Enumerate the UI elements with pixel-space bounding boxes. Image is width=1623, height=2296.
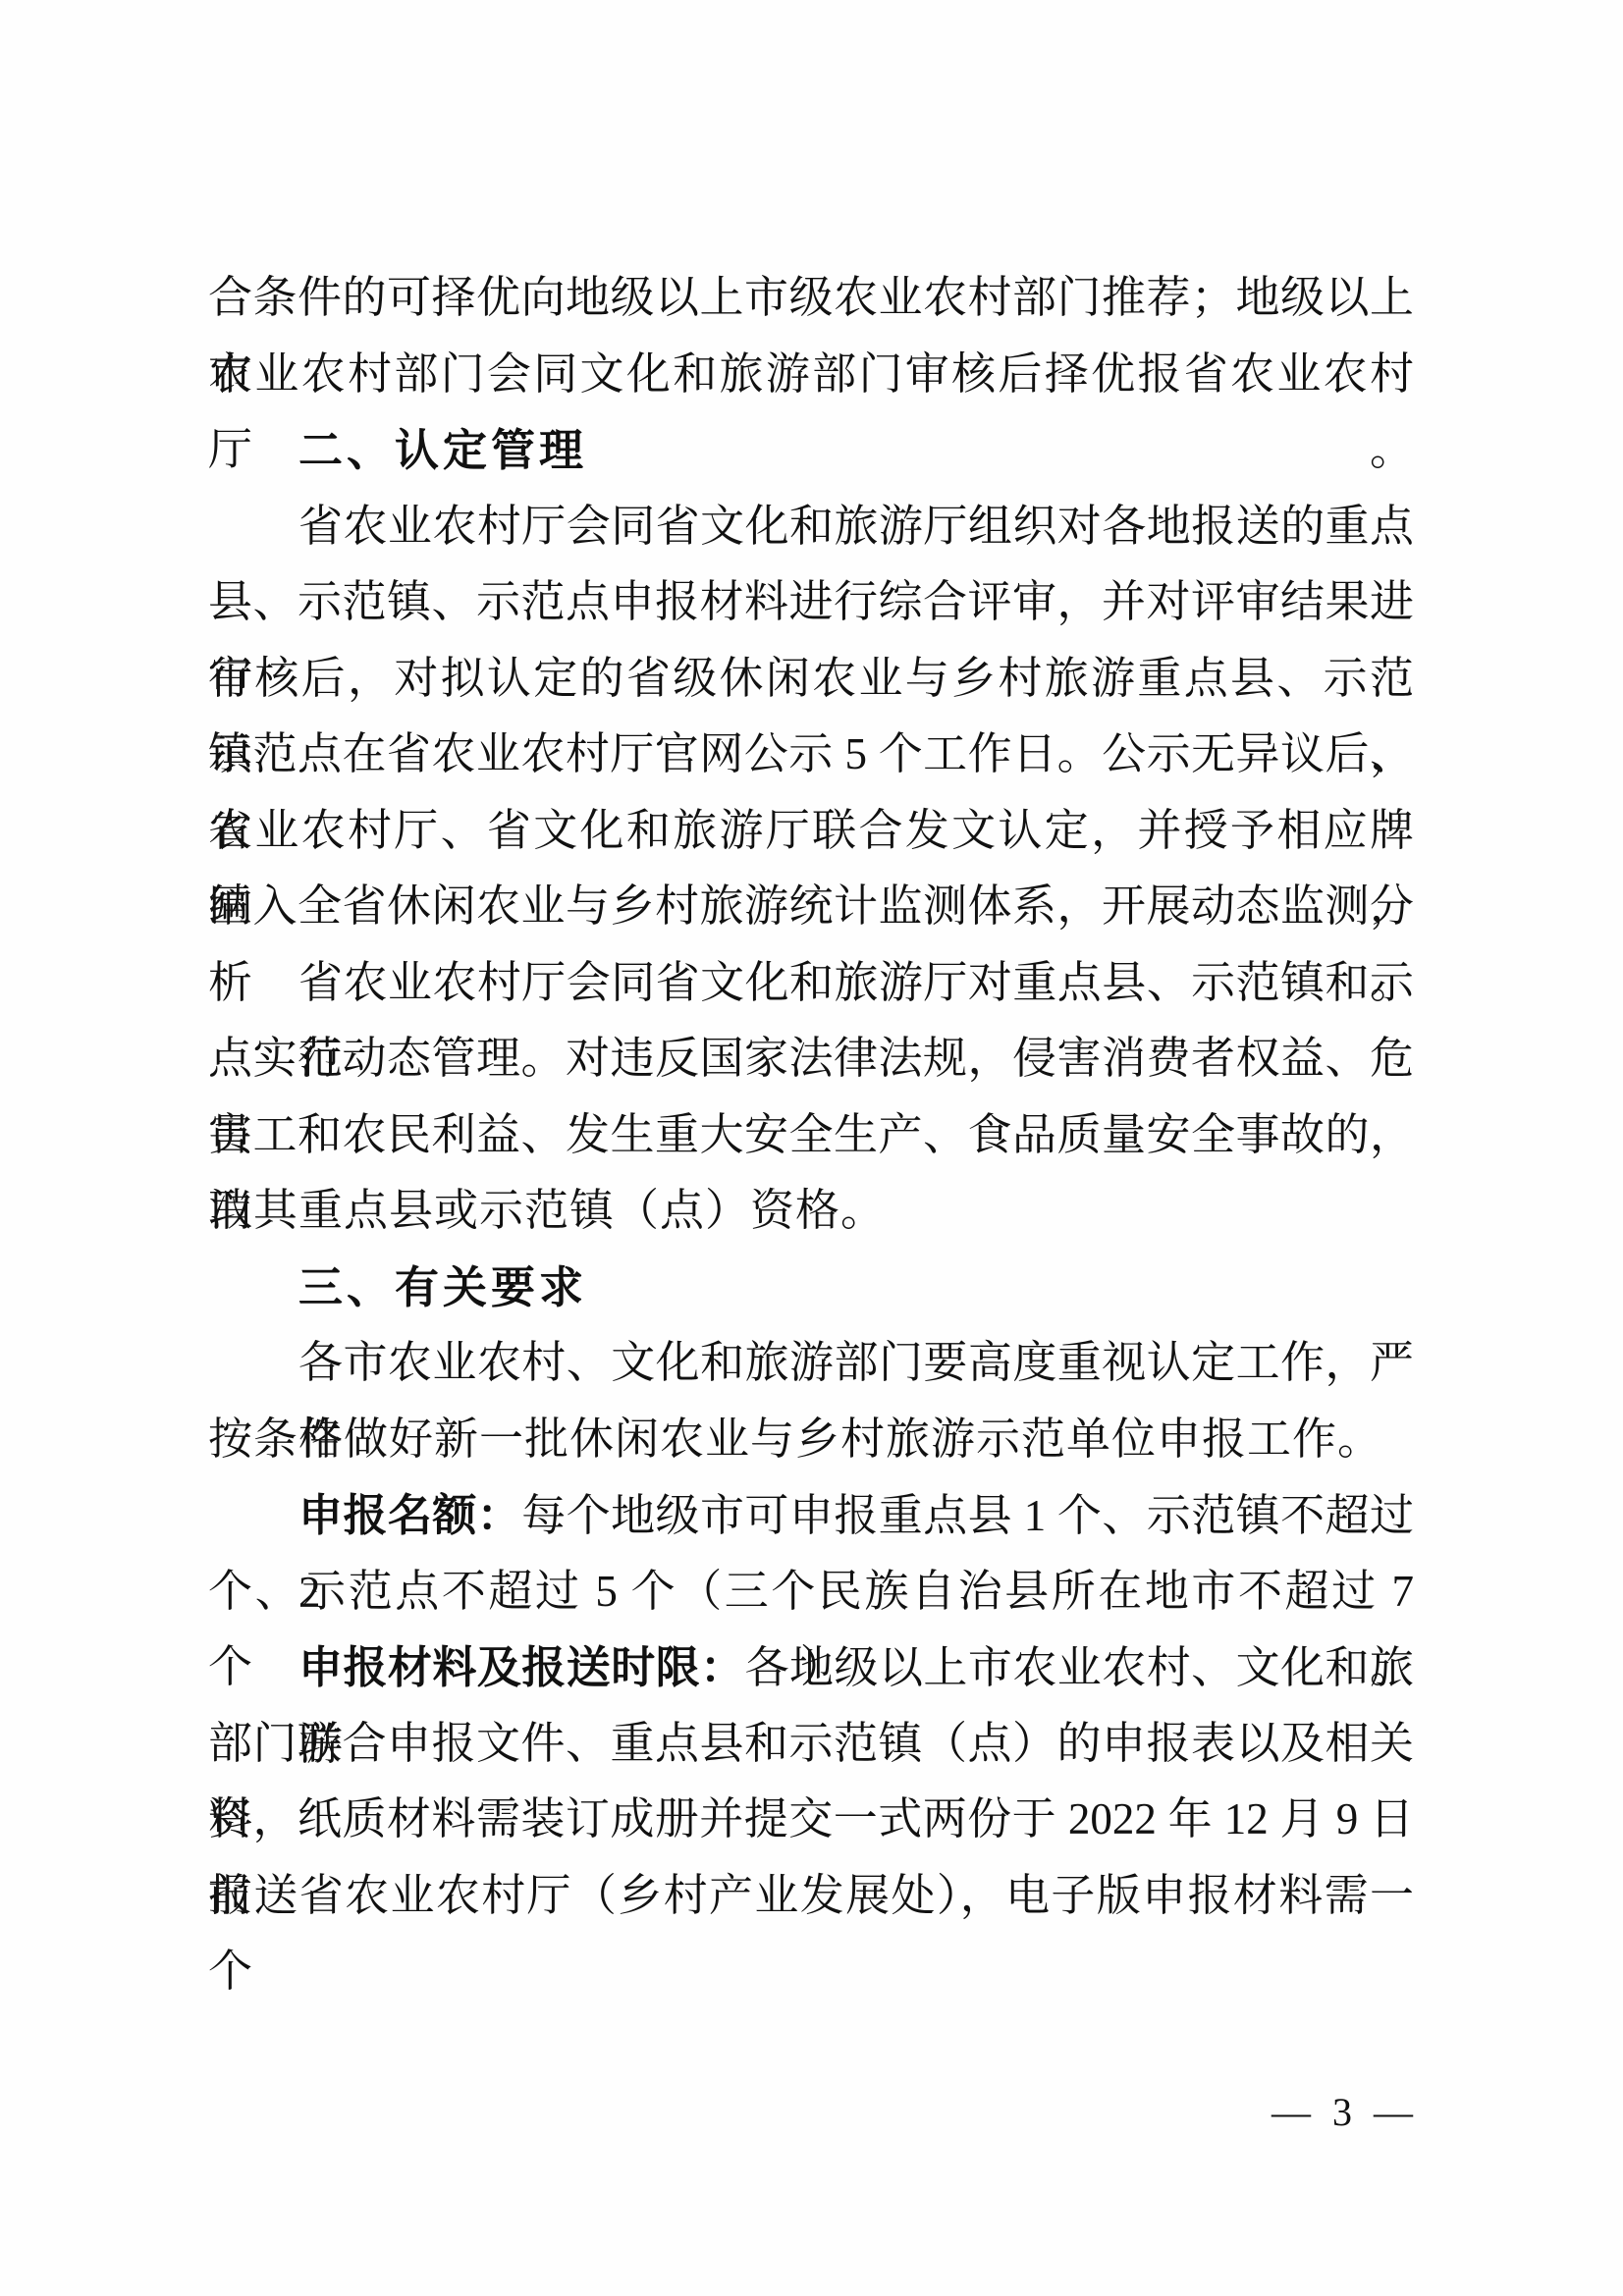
text-line: 示范点在省农业农村厅官网公示 5 个工作日。公示无异议后，省: [208, 717, 1414, 793]
text-line: 各市农业农村、文化和旅游部门要高度重视认定工作，严格: [208, 1325, 1414, 1402]
document-page: 合条件的可择优向地级以上市级农业农村部门推荐；地级以上市农业农村部门会同文化和旅…: [0, 0, 1623, 2296]
text-line: 点实行动态管理。对违反国家法律法规，侵害消费者权益、危害: [208, 1021, 1414, 1097]
bold-text-run: 申报材料及报送时限：: [298, 1642, 745, 1692]
text-line: 料，纸质材料需装订成册并提交一式两份于 2022 年 12 月 9 日前: [208, 1782, 1414, 1858]
text-run: 省农业农村厅会同省文化和旅游厅组织对各地报送的重点: [298, 502, 1414, 551]
section-heading: 三、有关要求: [208, 1250, 1414, 1326]
text-line: 申报材料及报送时限：各地级以上市农业农村、文化和旅游: [208, 1629, 1414, 1706]
text-line: 县、示范镇、示范点申报材料进行综合评审，并对评审结果进行: [208, 564, 1414, 641]
bold-text-run: 三、有关要求: [298, 1262, 587, 1312]
document-body: 合条件的可择优向地级以上市级农业农村部门推荐；地级以上市农业农村部门会同文化和旅…: [208, 260, 1414, 1934]
text-line: 员工和农民利益、发生重大安全生产、食品质量安全事故的，取: [208, 1097, 1414, 1174]
text-run: 按条件做好新一批休闲农业与乡村旅游示范单位申报工作。: [208, 1415, 1382, 1464]
text-line: 省农业农村厅会同省文化和旅游厅对重点县、示范镇和示范: [208, 945, 1414, 1022]
text-line: 审核后，对拟认定的省级休闲农业与乡村旅游重点县、示范镇、: [208, 641, 1414, 718]
bold-text-run: 二、认定管理: [298, 425, 587, 475]
text-line: 按条件做好新一批休闲农业与乡村旅游示范单位申报工作。: [208, 1402, 1414, 1478]
text-run: 报送省农业农村厅（乡村产业发展处），电子版申报材料需一个: [208, 1871, 1414, 1997]
text-line: 申报名额：每个地级市可申报重点县 1 个、示范镇不超过 2: [208, 1477, 1414, 1554]
page-number: — 3 —: [1271, 2089, 1419, 2136]
text-line: 合条件的可择优向地级以上市级农业农村部门推荐；地级以上市: [208, 260, 1414, 337]
text-run: 消其重点县或示范镇（点）资格。: [208, 1186, 886, 1235]
text-line: 个、示范点不超过 5 个（三个民族自治县所在地市不超过 7 个）。: [208, 1554, 1414, 1630]
text-line: 消其重点县或示范镇（点）资格。: [208, 1173, 1414, 1250]
text-line: 部门联合申报文件、重点县和示范镇（点）的申报表以及相关资: [208, 1706, 1414, 1783]
text-line: 省农业农村厅会同省文化和旅游厅组织对各地报送的重点: [208, 489, 1414, 565]
text-line: 纳入全省休闲农业与乡村旅游统计监测体系，开展动态监测分析。: [208, 869, 1414, 945]
bold-text-run: 申报名额：: [298, 1490, 521, 1540]
text-line: 报送省农业农村厅（乡村产业发展处），电子版申报材料需一个: [208, 1858, 1414, 1935]
text-line: 农业农村部门会同文化和旅游部门审核后择优报省农业农村厅。: [208, 337, 1414, 413]
text-line: 农业农村厅、省文化和旅游厅联合发文认定，并授予相应牌匾，: [208, 793, 1414, 870]
